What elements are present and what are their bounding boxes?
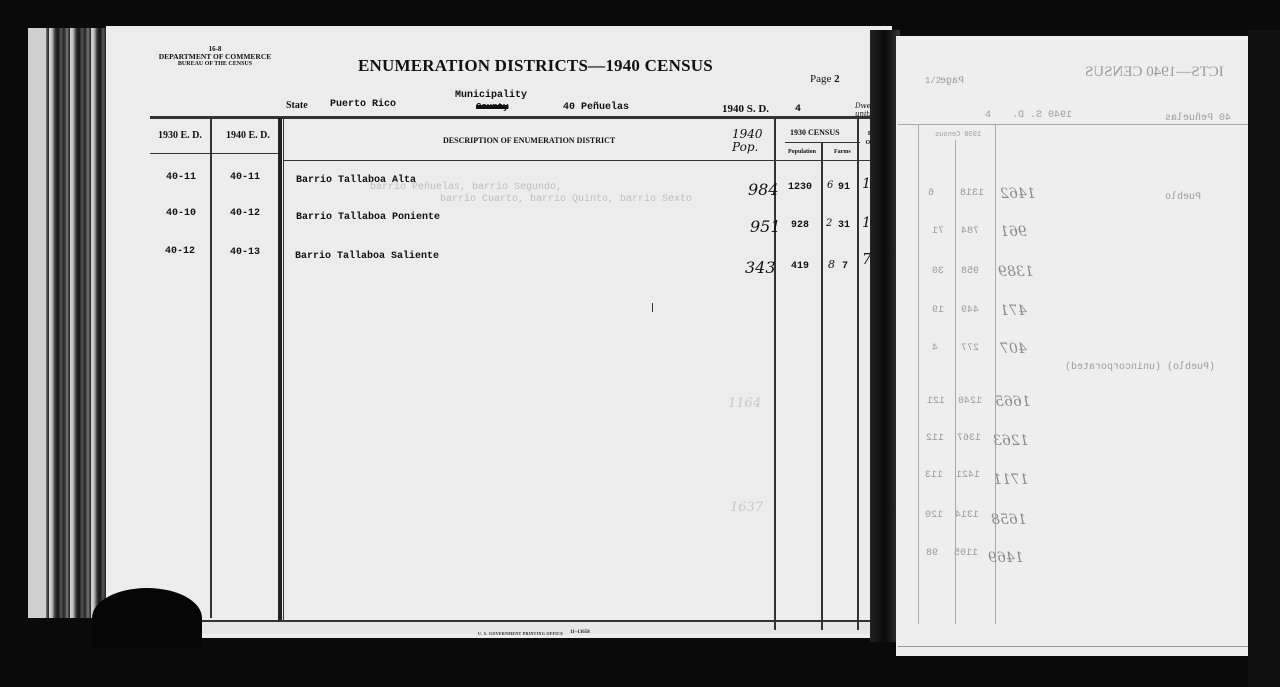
- header-1940-pop-handwritten: 1940 Pop.: [732, 128, 772, 154]
- mirrored-unincorporated-text: (Pueblo) (unincorporated): [1065, 362, 1215, 373]
- bleed-through-number: 1164: [728, 396, 761, 411]
- book-edge: [28, 28, 46, 618]
- cell-1930-ed: 40-12: [165, 246, 195, 257]
- cell-1940-ed: 40-11: [230, 172, 260, 183]
- mirrored-hand: 1665: [995, 394, 1031, 410]
- cell-1930-ed: 40-10: [166, 208, 196, 219]
- cell-farms: 7: [842, 261, 848, 272]
- mirrored-hand: 1389: [998, 264, 1034, 280]
- printer-code: 11–13658: [570, 630, 590, 635]
- mirrored-pop: 1240: [958, 396, 982, 407]
- state-label: State: [286, 100, 308, 111]
- mirrored-pop: 1318: [960, 188, 984, 199]
- mirrored-pop: 1367: [957, 433, 981, 444]
- mirrored-pop: 1314: [955, 510, 979, 521]
- mirrored-pop: 277: [961, 343, 979, 354]
- thumb-shadow: [92, 588, 202, 648]
- page-indicator: Page 2: [810, 73, 840, 85]
- col-divider-4: [821, 142, 823, 630]
- mirrored-hand: 961: [1000, 224, 1027, 240]
- mirrored-farms: 19: [932, 305, 944, 316]
- cell-1930-pop: 419: [791, 261, 809, 272]
- mirrored-hand: 407: [1000, 341, 1027, 357]
- bleed-through-number: 1637: [730, 500, 763, 515]
- cell-1930-ed: 40-11: [166, 172, 196, 183]
- col-divider-2: [278, 118, 282, 620]
- mirrored-pop: 1105: [954, 548, 978, 559]
- mirrored-title-text: ICTS—1940 CENSUS: [1085, 64, 1224, 81]
- mirrored-farms: 4: [932, 343, 938, 354]
- header-farms: Farms: [834, 149, 851, 155]
- mirrored-hand: 1711: [993, 472, 1029, 488]
- mirrored-hand: 1658: [991, 512, 1027, 528]
- mirrored-census-header: 1930 Census: [935, 131, 981, 139]
- page-number: 2: [834, 73, 840, 85]
- mirrored-sd-value: 4: [985, 110, 991, 121]
- header-1930-ed: 1930 E. D.: [158, 130, 202, 141]
- mirrored-pueblo-label: Pueblo: [1165, 192, 1201, 203]
- cell-farms-note: 6: [827, 180, 833, 191]
- cell-1940-ed: 40-13: [230, 247, 260, 258]
- mirrored-sd-label: 1940 S. D.: [1012, 110, 1072, 121]
- cell-1940-pop: 951: [750, 217, 781, 236]
- header-bottom-rule-right: [284, 160, 884, 161]
- mirrored-hand: 1462: [1000, 186, 1036, 202]
- state-value: Puerto Rico: [330, 99, 396, 110]
- cell-1940-ed: 40-12: [230, 208, 260, 219]
- mirrored-pop: 1421: [956, 470, 980, 481]
- right-col-divider: [918, 124, 919, 624]
- page-label: Page: [810, 73, 831, 85]
- sd-value: 4: [795, 104, 801, 115]
- header-description: DESCRIPTION OF ENUMERATION DISTRICT: [443, 136, 615, 145]
- mirrored-pop: 449: [961, 305, 979, 316]
- mirrored-farms: 121: [927, 396, 945, 407]
- cell-farms: 31: [838, 220, 850, 231]
- mirrored-municipality-text: 40 Peñuelas: [1165, 113, 1231, 124]
- municipality-value: 40 Peñuelas: [563, 102, 629, 113]
- bleed-through-line: barrio Peñuelas, barrio Segundo,: [370, 182, 562, 193]
- right-col-divider: [995, 124, 996, 624]
- printer-imprint: U. S. GOVERNMENT PRINTING OFFICE: [478, 631, 563, 636]
- bleed-through-line: barrio Cuarto, barrio Quinto, barrio Sex…: [440, 194, 692, 205]
- col-divider-5: [857, 118, 859, 630]
- mirrored-farms: 112: [926, 433, 944, 444]
- sd-label: 1940 S. D.: [722, 103, 769, 115]
- right-page: [896, 36, 1248, 656]
- cell-farms-note: 2: [826, 218, 832, 229]
- bureau-name: BUREAU OF THE CENSUS: [150, 61, 280, 67]
- cell-description: Barrio Tallaboa Poniente: [296, 212, 440, 223]
- mirrored-pop: 958: [961, 266, 979, 277]
- municipality-label: Municipality: [455, 90, 527, 101]
- header-1940-ed: 1940 E. D.: [226, 130, 270, 141]
- mirrored-hand: 1263: [993, 433, 1029, 449]
- cell-farms-note: 8: [828, 258, 835, 271]
- mirrored-farms: 6: [928, 188, 934, 199]
- mirrored-hand: 1469: [988, 550, 1024, 566]
- mirrored-pop: 784: [961, 226, 979, 237]
- col-divider-1: [210, 118, 212, 618]
- mirrored-farms: 120: [925, 510, 943, 521]
- mirrored-farms: 113: [925, 470, 943, 481]
- cell-1940-pop: 984: [748, 180, 779, 199]
- cell-1940-pop: 343: [745, 258, 776, 277]
- page-title: ENUMERATION DISTRICTS—1940 CENSUS: [358, 56, 713, 76]
- mirrored-pueblo-text: Pueblo: [1165, 192, 1201, 203]
- header-bottom-rule-left: [150, 153, 280, 154]
- mirrored-title: ICTS—1940 CENSUS: [1085, 64, 1224, 81]
- mirrored-hand: 471: [1000, 303, 1027, 319]
- right-background-edge: [1248, 30, 1280, 687]
- stray-mark: [652, 303, 653, 312]
- mirrored-page-label-text: Page: [940, 76, 964, 87]
- mirrored-municipality: 40 Peñuelas: [1165, 113, 1231, 124]
- header-population: Population: [788, 149, 816, 155]
- right-bottom-rule: [898, 646, 1248, 647]
- mirrored-farms: 98: [926, 548, 938, 559]
- department-name: DEPARTMENT OF COMMERCE: [146, 53, 284, 61]
- cell-description: Barrio Tallaboa Saliente: [295, 251, 439, 262]
- cell-1930-pop: 1230: [788, 182, 812, 193]
- mirrored-page-label: Page: [940, 76, 964, 87]
- cell-farms: 91: [838, 182, 850, 193]
- mirrored-sd-label-text: 1940 S. D.: [1012, 110, 1072, 121]
- table-bottom-rule: [175, 620, 875, 622]
- header-1930-census: 1930 CENSUS: [790, 128, 840, 137]
- mirrored-census-header-text: 1930 Census: [935, 131, 981, 139]
- cell-1930-pop: 928: [791, 220, 809, 231]
- mirrored-farms: 71: [932, 226, 944, 237]
- mirrored-unincorporated-label: (Pueblo) (unincorporated): [1065, 362, 1215, 373]
- county-struck-label: County: [476, 102, 508, 112]
- col-divider-2b: [283, 118, 284, 620]
- mirrored-page-fraction: 1/2: [925, 76, 941, 86]
- right-header-rule: [898, 124, 1248, 125]
- mirrored-farms: 30: [932, 266, 944, 277]
